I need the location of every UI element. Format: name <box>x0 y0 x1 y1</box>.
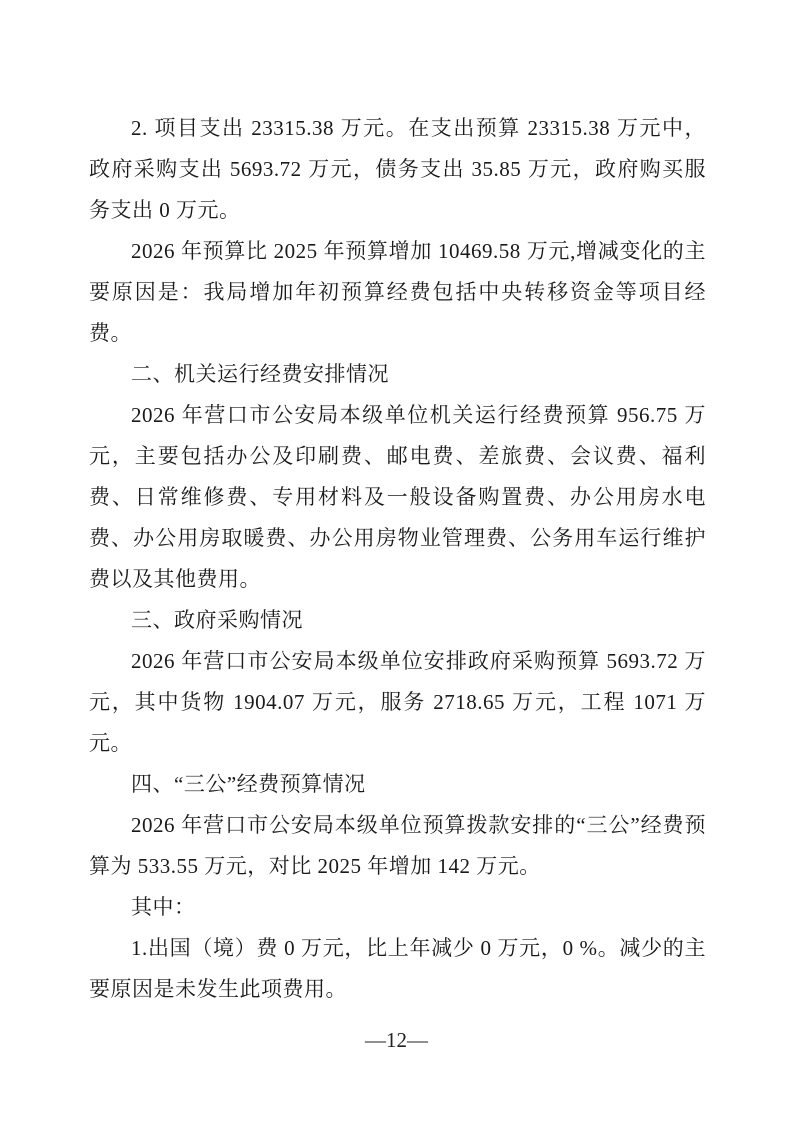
para-overseas-trip-expense: 1.出国（境）费 0 万元，比上年减少 0 万元，0 %。减少的主要原因是未发生… <box>89 928 706 1010</box>
para-three-public-budget: 2026 年营口市公安局本级单位预算拨款安排的“三公”经费预算为 533.55 … <box>89 805 706 887</box>
page-number: —12— <box>0 1026 793 1054</box>
page-content: 2. 项目支出 23315.38 万元。在支出预算 23315.38 万元中，政… <box>89 108 706 1010</box>
para-budget-change-reason: 2026 年预算比 2025 年预算增加 10469.58 万元,增减变化的主要… <box>89 231 706 354</box>
para-among-which: 其中： <box>89 887 706 928</box>
heading-section-3-procurement: 三、政府采购情况 <box>89 600 706 641</box>
para-procurement-detail: 2026 年营口市公安局本级单位安排政府采购预算 5693.72 万元，其中货物… <box>89 641 706 764</box>
document-page: 2. 项目支出 23315.38 万元。在支出预算 23315.38 万元中，政… <box>0 0 793 1122</box>
heading-section-2-operating-expenses: 二、机关运行经费安排情况 <box>89 354 706 395</box>
para-project-expenditure: 2. 项目支出 23315.38 万元。在支出预算 23315.38 万元中，政… <box>89 108 706 231</box>
heading-section-4-three-public-funds: 四、“三公”经费预算情况 <box>89 764 706 805</box>
para-operating-expenses-detail: 2026 年营口市公安局本级单位机关运行经费预算 956.75 万元，主要包括办… <box>89 395 706 600</box>
